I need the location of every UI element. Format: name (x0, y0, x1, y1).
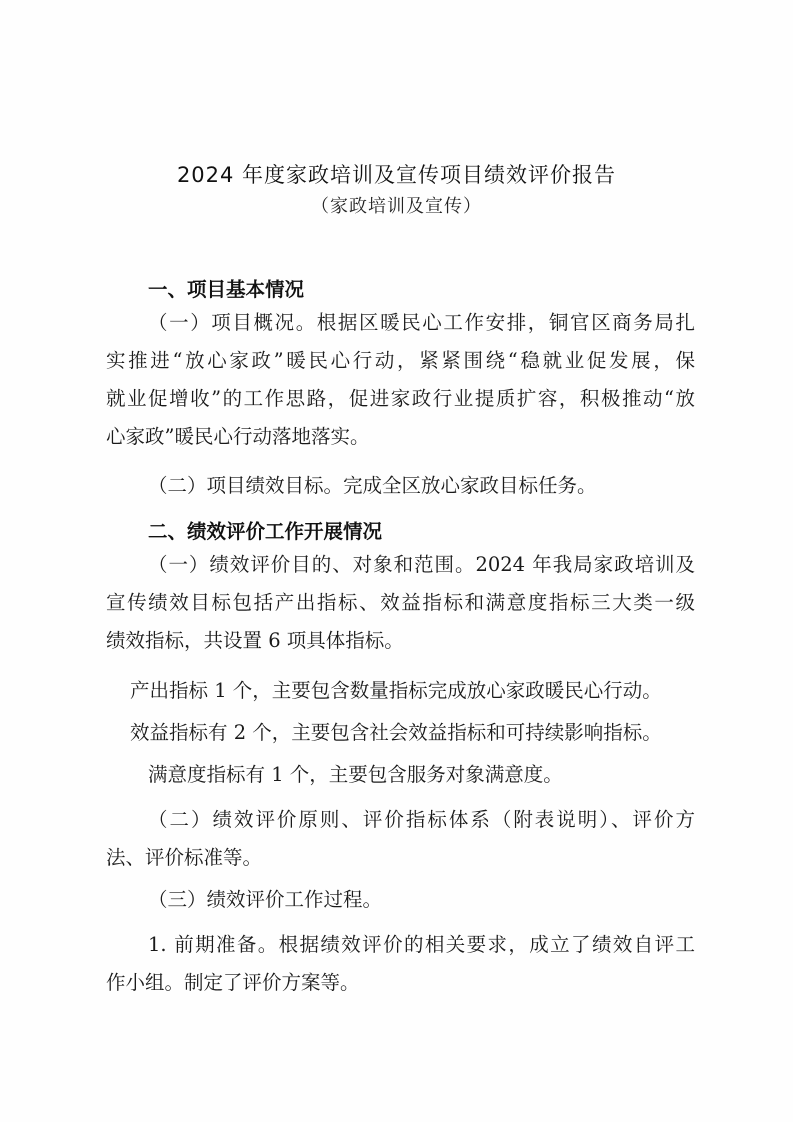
paragraph-line: 实推进“放心家政”暖民心行动，紧紧围绕“稳就业促发展，保 (106, 349, 695, 373)
paragraph-line: 作小组。制定了评价方案等。 (106, 971, 360, 995)
paragraph-line: （三）绩效评价工作过程。 (148, 888, 382, 912)
section-heading-1: 一、项目基本情况 (148, 278, 304, 302)
document-title: 2024 年度家政培训及宣传项目绩效评价报告 (0, 163, 793, 187)
paragraph-line: 满意度指标有 1 个，主要包含服务对象满意度。 (148, 763, 563, 787)
document-subtitle: （家政培训及宣传） (0, 195, 793, 219)
paragraph-line: 效益指标有 2 个，主要包含社会效益指标和可持续影响指标。 (130, 721, 662, 745)
paragraph-line: 绩效指标，共设置 6 项具体指标。 (106, 629, 404, 653)
paragraph-line: （一）绩效评价目的、对象和范围。2024 年我局家政培训及 (148, 553, 695, 577)
paragraph-line: （二）绩效评价原则、评价指标体系（附表说明）、评价方 (148, 808, 695, 832)
paragraph-line: 心家政”暖民心行动落地落实。 (106, 425, 369, 449)
paragraph-line: （二）项目绩效目标。完成全区放心家政目标任务。 (148, 474, 597, 498)
section-heading-2: 二、绩效评价工作开展情况 (148, 520, 382, 544)
paragraph-line: 产出指标 1 个，主要包含数量指标完成放心家政暖民心行动。 (130, 679, 662, 703)
paragraph-line: 1. 前期准备。根据绩效评价的相关要求，成立了绩效自评工 (148, 933, 695, 957)
paragraph-line: 就业促增收”的工作思路，促进家政行业提质扩容，积极推动“放 (106, 387, 695, 411)
paragraph-line: （一）项目概况。根据区暖民心工作安排，铜官区商务局扎 (148, 311, 695, 335)
paragraph-line: 法、评价标准等。 (106, 846, 262, 870)
paragraph-line: 宣传绩效目标包括产出指标、效益指标和满意度指标三大类一级 (106, 591, 695, 615)
